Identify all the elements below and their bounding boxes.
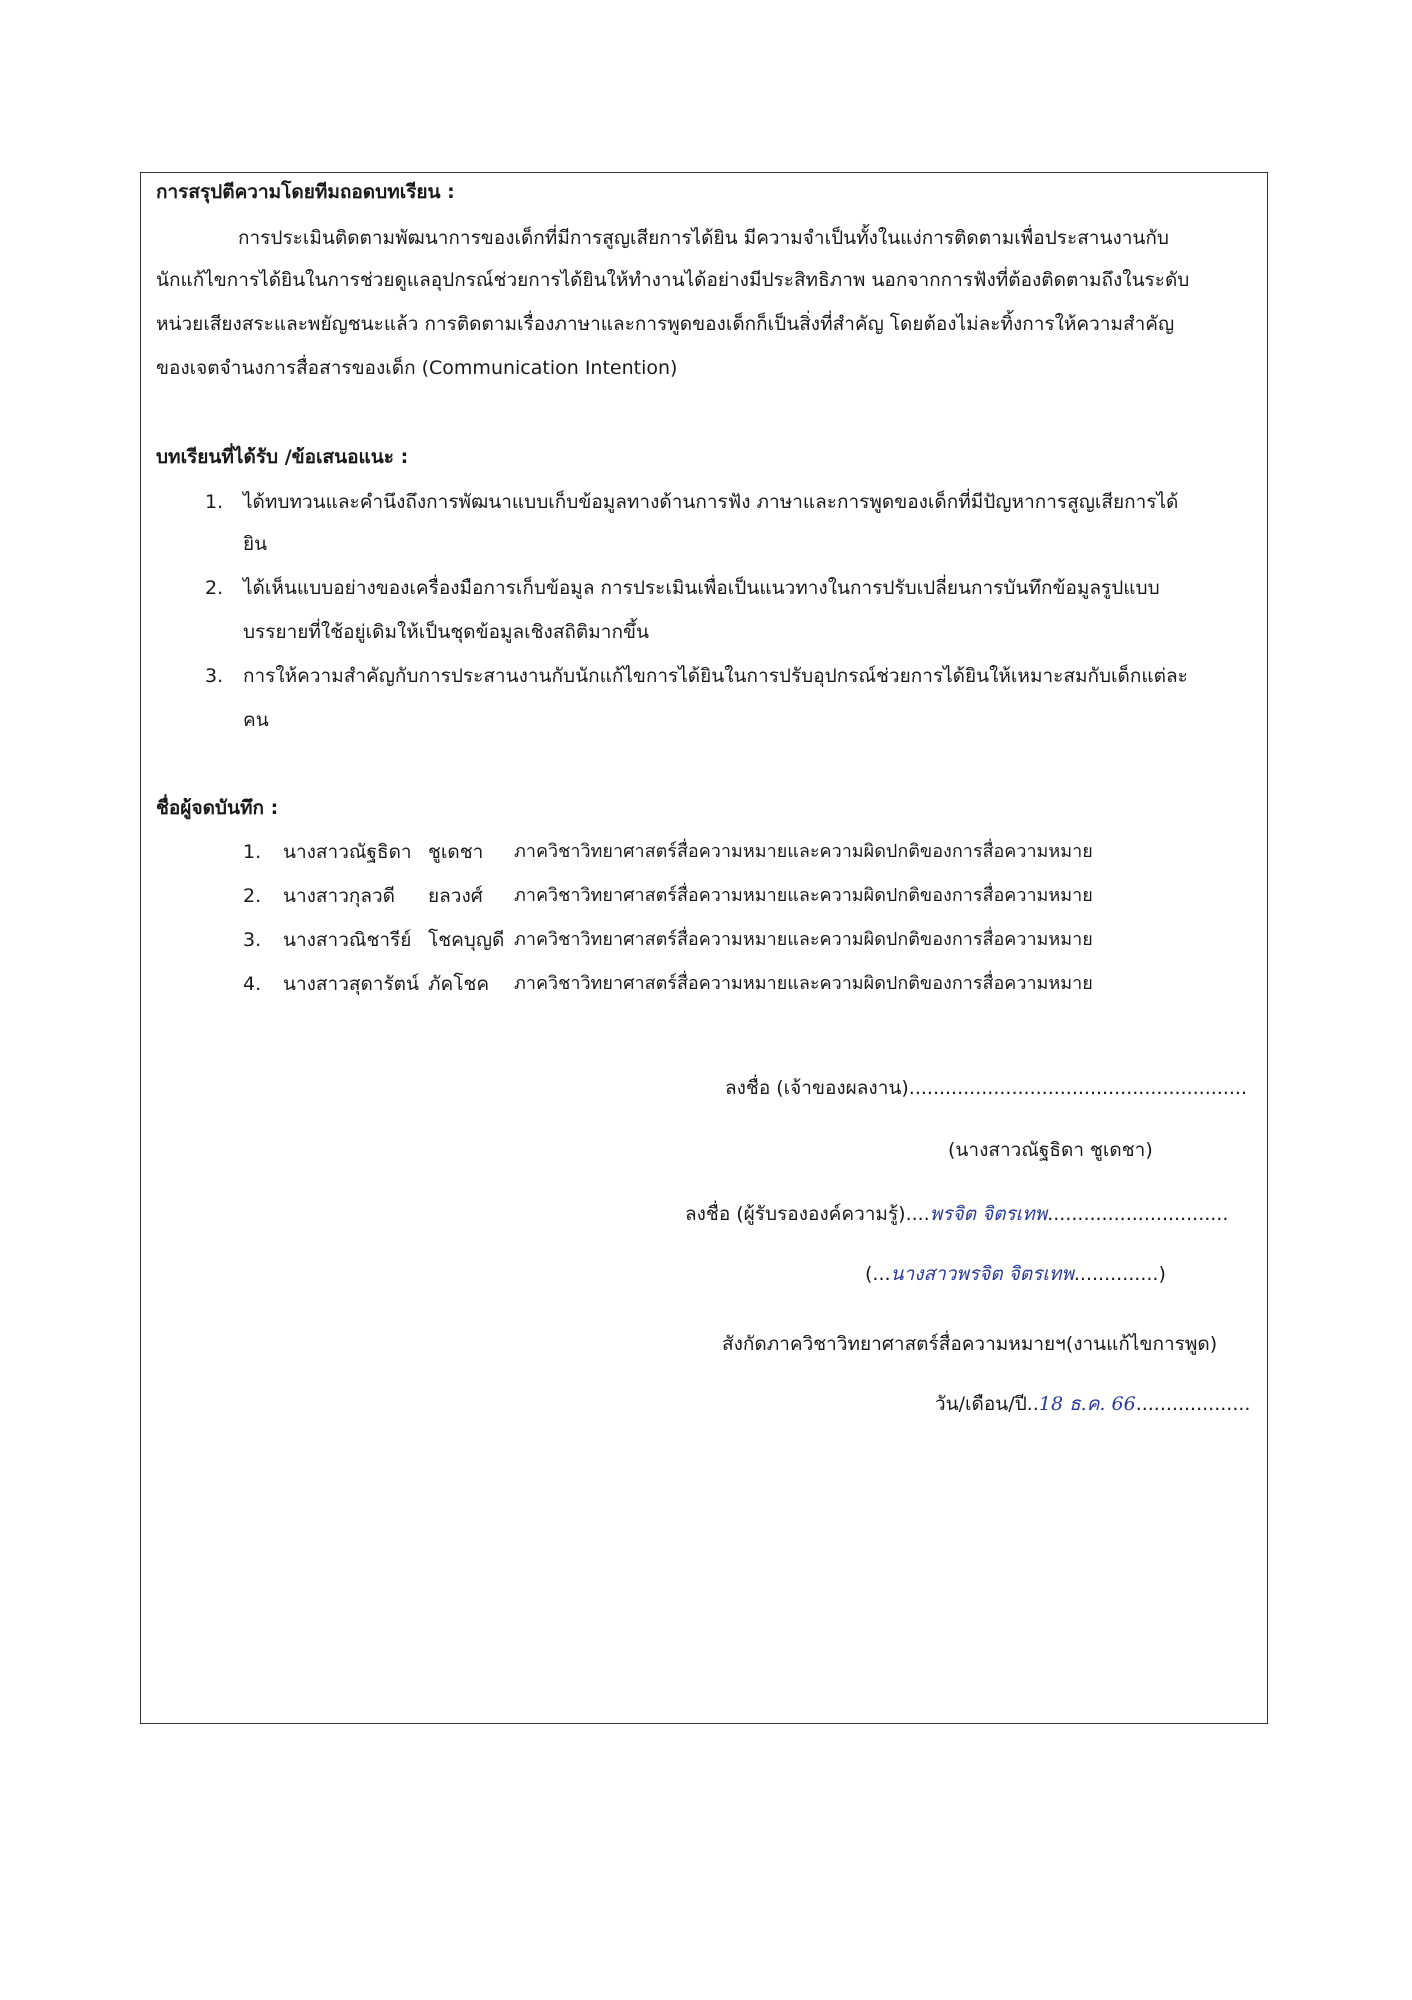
summary-line-4: ของเจตจำนงการสื่อสารของเด็ก (Communicati… bbox=[156, 356, 677, 380]
date-line: วัน/เดือน/ปี..18 ธ.ค. 66................… bbox=[935, 1392, 1250, 1416]
summary-line-3: หน่วยเสียงสระและพยัญชนะแล้ว การติดตามเรื… bbox=[156, 312, 1174, 336]
recorder-first-name: นางสาวณิชารีย์ bbox=[283, 928, 411, 952]
recorder-department: ภาควิชาวิทยาศาสตร์สื่อความหมายและความผิด… bbox=[514, 840, 1093, 864]
date-handwritten: 18 ธ.ค. 66 bbox=[1039, 1393, 1136, 1415]
recorders-heading: ชื่อผู้จดบันทึก : bbox=[156, 796, 278, 820]
certifier-name-dots: .............. bbox=[1074, 1263, 1159, 1285]
certifier-handwritten-name: นางสาวพรจิต จิตรเทพ bbox=[891, 1263, 1074, 1285]
recorder-department: ภาควิชาวิทยาศาสตร์สื่อความหมายและความผิด… bbox=[514, 972, 1093, 996]
certifier-printed-name-line: (...นางสาวพรจิต จิตรเทพ..............) bbox=[865, 1262, 1166, 1286]
recorder-first-name: นางสาวกุลวดี bbox=[283, 884, 395, 908]
paren-close: ) bbox=[1158, 1263, 1165, 1285]
affiliation: สังกัดภาควิชาวิทยาศาสตร์สื่อความหมายฯ(งา… bbox=[722, 1332, 1217, 1356]
summary-heading: การสรุปตีความโดยทีมถอดบทเรียน : bbox=[156, 180, 455, 204]
date-dots: ................... bbox=[1136, 1393, 1251, 1415]
recorder-last-name: โชคบุญดี bbox=[428, 928, 504, 952]
certifier-name-dots-lead: ... bbox=[872, 1263, 890, 1285]
lesson-line-1: ได้ทบทวนและคำนึงถึงการพัฒนาแบบเก็บข้อมูล… bbox=[243, 490, 1178, 514]
lesson-line-1: การให้ความสำคัญกับการประสานงานกับนักแก้ไ… bbox=[243, 664, 1188, 688]
lesson-line-1: ได้เห็นแบบอย่างของเครื่องมือการเก็บข้อมู… bbox=[243, 576, 1160, 600]
certifier-signature-dots-lead: .... bbox=[906, 1203, 930, 1225]
recorder-last-name: ชูเดชา bbox=[428, 840, 483, 864]
certifier-handwritten-signature: พรจิต จิตรเทพ bbox=[930, 1203, 1047, 1225]
lessons-heading: บทเรียนที่ได้รับ /ข้อเสนอแนะ : bbox=[156, 445, 408, 469]
date-label: วัน/เดือน/ปี bbox=[935, 1393, 1027, 1415]
summary-line-1: การประเมินติดตามพัฒนาการของเด็กที่มีการส… bbox=[238, 226, 1169, 250]
summary-line-2: นักแก้ไขการได้ยินในการช่วยดูแลอุปกรณ์ช่ว… bbox=[156, 268, 1189, 292]
recorder-number: 4. bbox=[243, 972, 261, 996]
owner-signature-dots: ........................................… bbox=[909, 1076, 1249, 1100]
certifier-signature-label: ลงชื่อ (ผู้รับรององค์ความรู้) bbox=[685, 1203, 906, 1225]
recorder-first-name: นางสาวณัฐธิดา bbox=[283, 840, 412, 864]
recorder-number: 1. bbox=[243, 840, 261, 864]
owner-printed-name: (นางสาวณัฐธิดา ชูเดชา) bbox=[948, 1138, 1153, 1162]
lesson-number: 1. bbox=[205, 490, 223, 514]
date-dots-lead: .. bbox=[1027, 1393, 1039, 1415]
certifier-signature-dots: .............................. bbox=[1047, 1203, 1228, 1225]
lesson-line-2: บรรยายที่ใช้อยู่เดิมให้เป็นชุดข้อมูลเชิง… bbox=[243, 620, 649, 644]
lesson-line-2: คน bbox=[243, 708, 269, 732]
recorder-department: ภาควิชาวิทยาศาสตร์สื่อความหมายและความผิด… bbox=[514, 884, 1093, 908]
recorder-number: 3. bbox=[243, 928, 261, 952]
recorder-department: ภาควิชาวิทยาศาสตร์สื่อความหมายและความผิด… bbox=[514, 928, 1093, 952]
lesson-line-2: ยิน bbox=[243, 532, 267, 556]
lesson-number: 3. bbox=[205, 664, 223, 688]
recorder-first-name: นางสาวสุดารัตน์ bbox=[283, 972, 419, 996]
recorder-last-name: ภัคโชค bbox=[428, 972, 489, 996]
lesson-number: 2. bbox=[205, 576, 223, 600]
owner-signature-line: ลงชื่อ (เจ้าของผลงาน)...................… bbox=[725, 1076, 1249, 1100]
recorder-number: 2. bbox=[243, 884, 261, 908]
certifier-signature-line: ลงชื่อ (ผู้รับรององค์ความรู้)....พรจิต จ… bbox=[685, 1202, 1228, 1226]
recorder-last-name: ยลวงศ์ bbox=[428, 884, 483, 908]
owner-signature-label: ลงชื่อ (เจ้าของผลงาน) bbox=[725, 1077, 909, 1099]
